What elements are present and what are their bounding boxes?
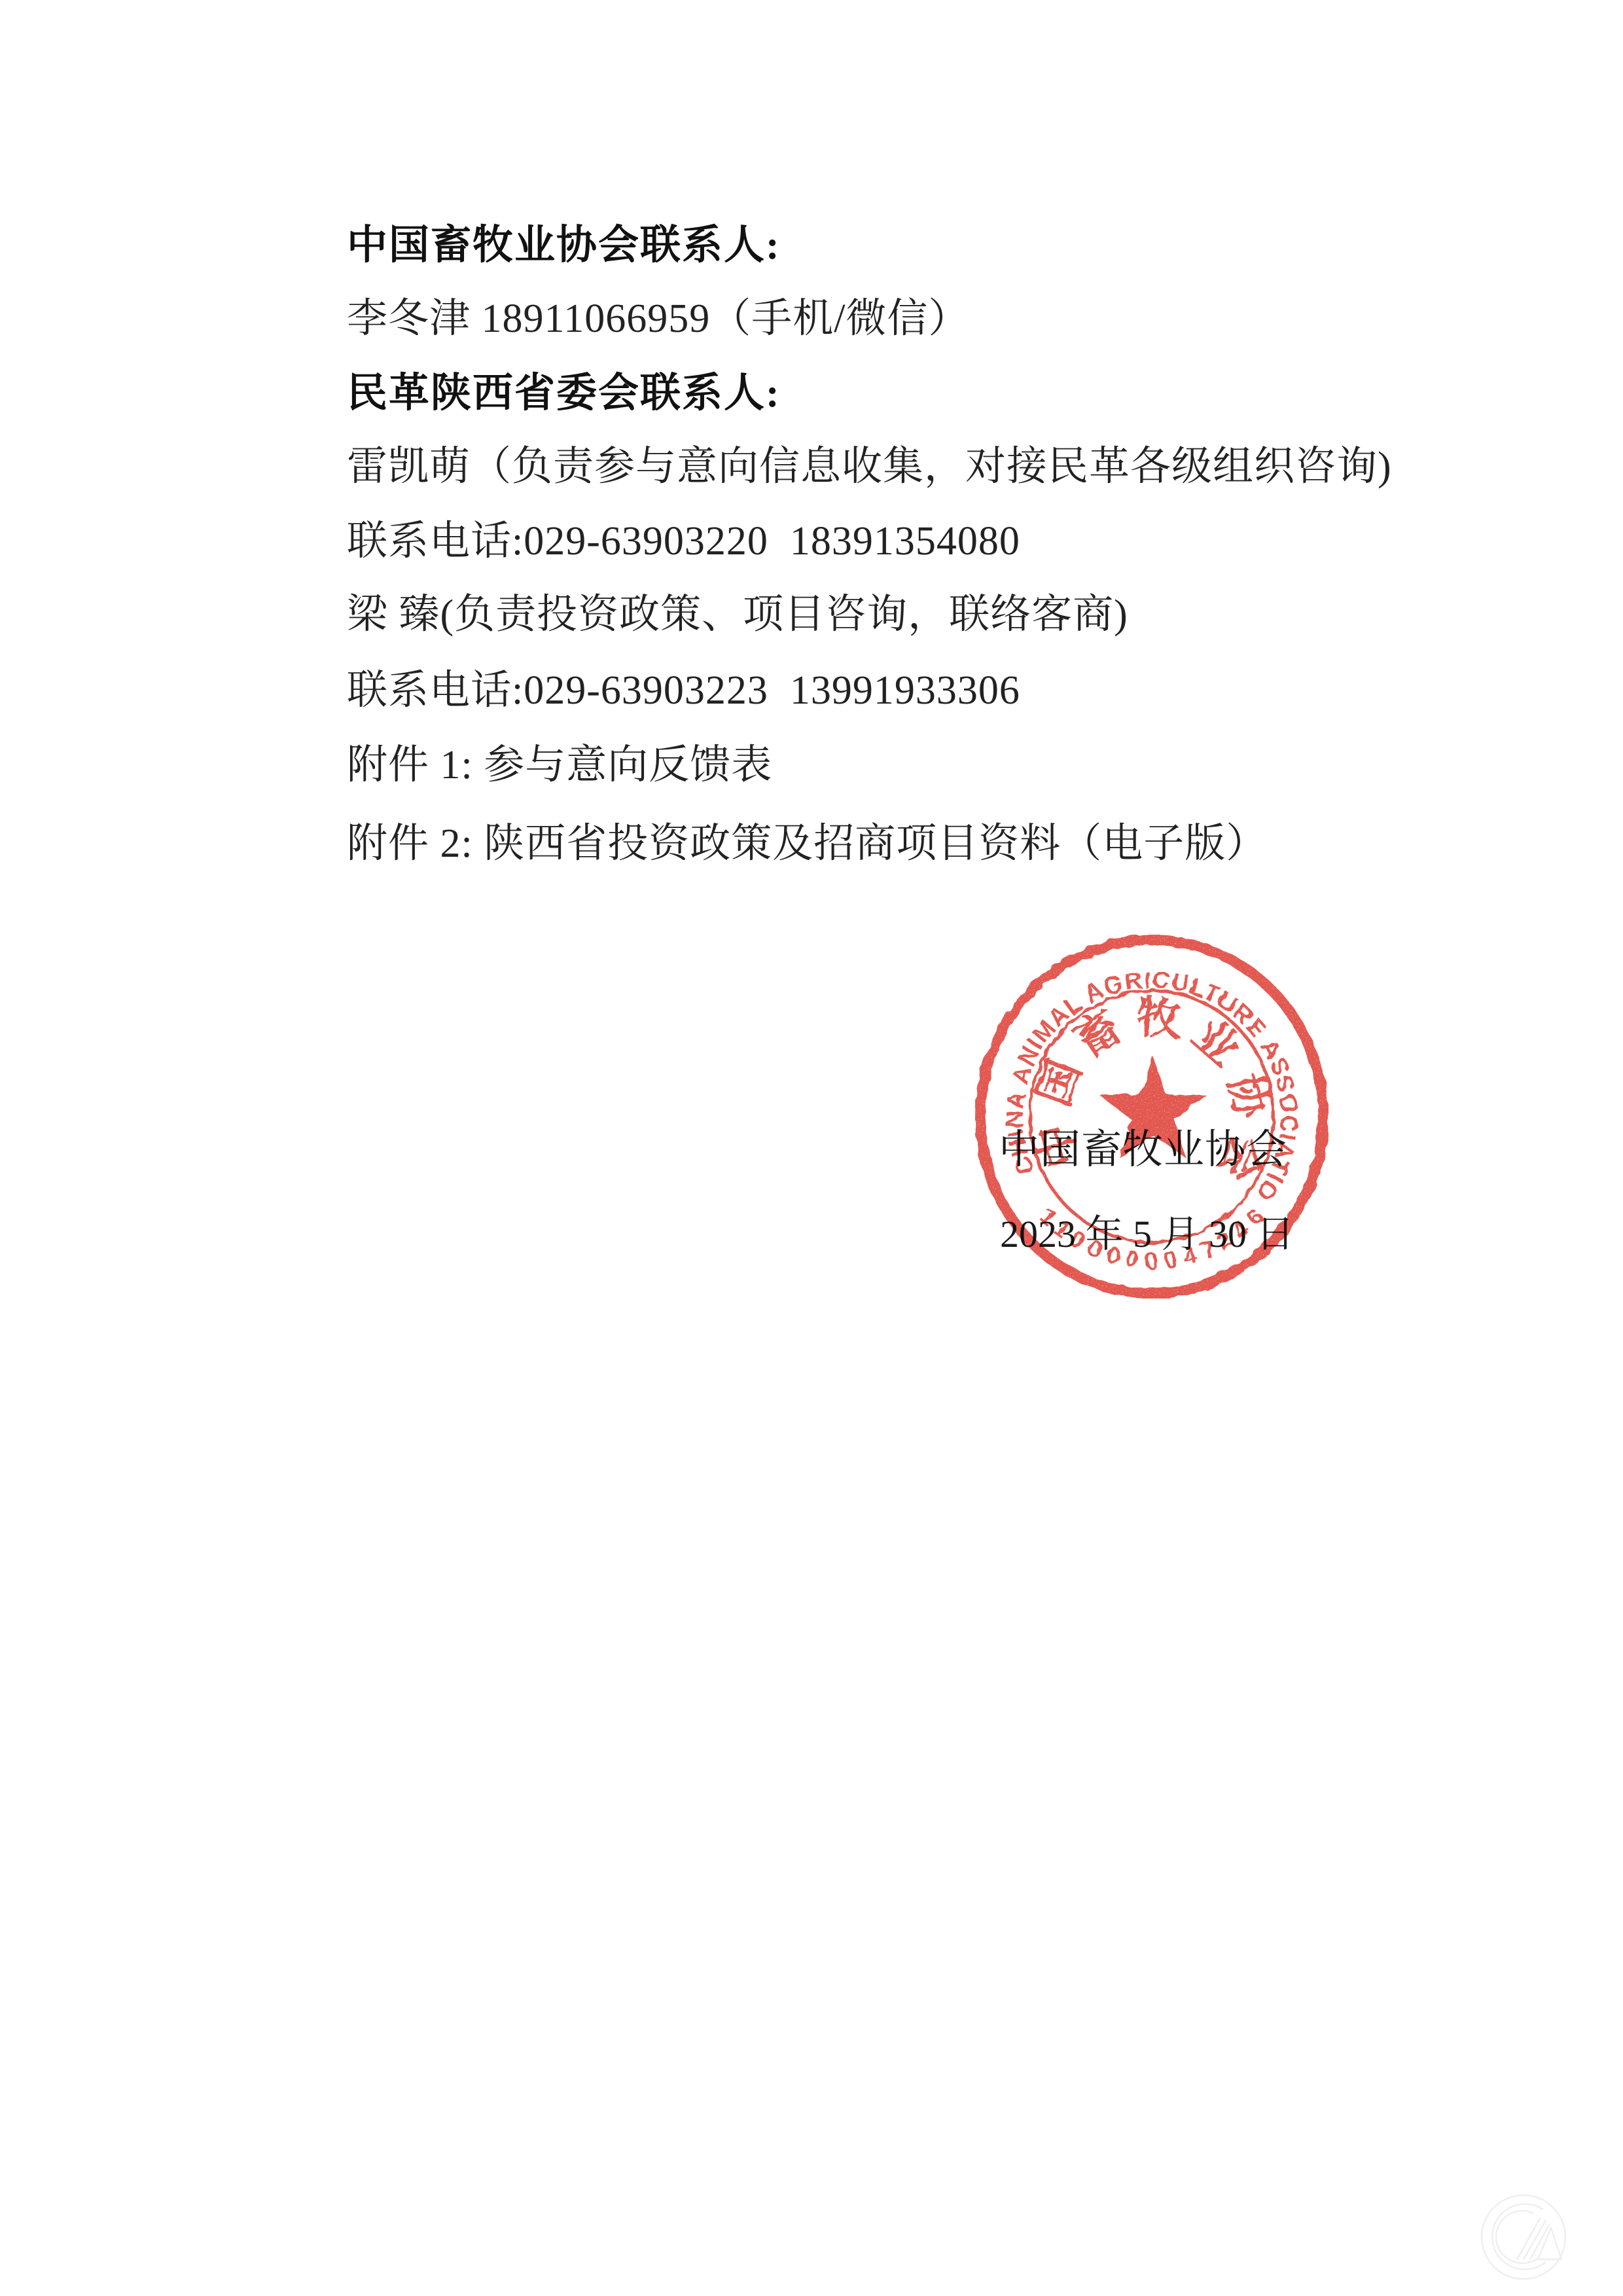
doc-line-caaa-contact: 李冬津 18911066959（手机/微信） xyxy=(347,296,969,342)
caaa-logo-watermark-icon xyxy=(1478,2191,1569,2283)
doc-line-contact-leikaimeng: 雷凯萌（负责参与意向信息收集，对接民革各级组织咨询) xyxy=(347,444,1392,490)
doc-line-attachment-2: 附件 2: 陕西省投资政策及招商项目资料（电子版） xyxy=(347,821,1267,867)
doc-line-attachment-1: 附件 1: 参与意向反馈表 xyxy=(347,742,772,788)
doc-line-caaa-contact-heading: 中国畜牧业协会联系人: xyxy=(347,223,781,268)
star-icon xyxy=(1099,1056,1207,1158)
seal-char-xie: 协 xyxy=(1219,1069,1277,1125)
doc-line-shaanxi-heading: 民革陕西省委会联系人: xyxy=(347,370,781,416)
seal-char-mu: 牧 xyxy=(1135,992,1183,1045)
doc-line-phone-1: 联系电话:029-63903220 18391354080 xyxy=(347,518,1020,564)
official-seal: CHINA ANIMAL AGRICULTURE ASSOCIATION 中 国… xyxy=(975,935,1329,1299)
doc-line-contact-liangzhen: 梁 臻(负责投资政策、项目咨询，联络客商) xyxy=(347,592,1128,637)
doc-line-phone-2: 联系电话:029-63903223 13991933306 xyxy=(347,668,1020,713)
document-page: 中国畜牧业协会联系人: 李冬津 18911066959（手机/微信） 民革陕西省… xyxy=(0,0,1623,2296)
